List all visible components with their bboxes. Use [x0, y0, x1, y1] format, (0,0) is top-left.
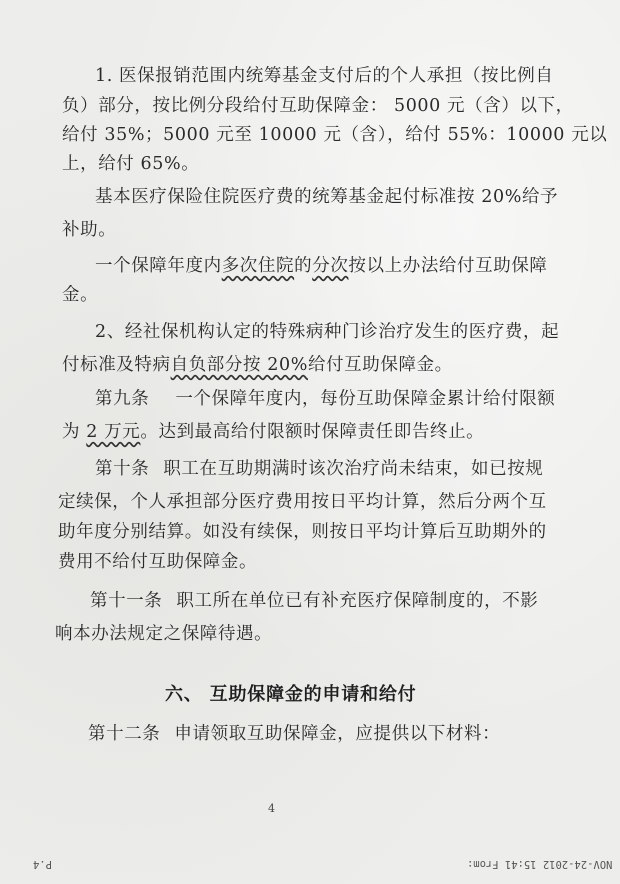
item-1-line-1: 1. 医保报销范围内统筹基金支付后的个人承担（按比例自 [95, 62, 595, 87]
text: 按以上办法给付互助保障 [348, 256, 547, 276]
article-10-line-4: 费用不给付互助保障金。 [58, 548, 558, 573]
multi-hospital-line-2: 金。 [62, 281, 562, 306]
article-label: 第十一条 [90, 591, 162, 611]
underlined-text: 分次 [312, 256, 348, 276]
article-9-line-1: 第九条一个保障年度内，每份互助保障金累计给付限额 [95, 385, 595, 410]
item-1-line-3: 给付 35%；5000 元至 10000 元（含），给付 55%：10000 元… [62, 121, 562, 146]
article-11-line-1: 第十一条职工所在单位已有补充医疗保障制度的，不影 [90, 587, 590, 612]
page-number: 4 [268, 802, 275, 815]
article-10-line-3: 助年度分别结算。如没有续保，则按日平均计算后互助期外的 [58, 518, 558, 543]
multi-hospital-line-1: 一个保障年度内多次住院的分次按以上办法给付互助保障 [95, 252, 595, 277]
article-label: 第十二条 [88, 724, 160, 744]
item-1-line-2: 负）部分，按比例分段给付互助保障金： 5000 元（含）以下， [62, 92, 562, 117]
subsidy-line-1: 基本医疗保险住院医疗费的统筹基金起付标准按 20%给予 [95, 183, 595, 208]
text: 职工在互助期满时该次治疗尚未结束，如已按规 [163, 459, 543, 479]
text: 申请领取互助保障金，应提供以下材料： [174, 724, 500, 744]
underlined-text: 多次住院 [222, 256, 294, 276]
section-heading: 六、 互助保障金的申请和给付 [165, 680, 416, 706]
text: 付标准及特病 [62, 355, 171, 375]
underlined-text: 自负部分按 20% [171, 355, 308, 375]
article-label: 第九条 [95, 389, 149, 409]
text: 职工所在单位已有补充医疗保障制度的，不影 [176, 591, 538, 611]
text: 一个保障年度内，每份互助保障金累计给付限额 [175, 389, 555, 409]
text: 为 [62, 422, 86, 442]
text: 给付互助保障金。 [308, 355, 453, 375]
article-12-line-1: 第十二条申请领取互助保障金，应提供以下材料： [88, 720, 588, 745]
text: 。达到最高给付限额时保障责任即告终止。 [140, 422, 484, 442]
text: 的 [294, 256, 312, 276]
underlined-text: 2 万元 [86, 422, 140, 442]
fax-header-timestamp: NOV-24-2012 15:41 From: [467, 858, 612, 870]
subsidy-line-2: 补助。 [62, 216, 562, 241]
article-11-line-2: 响本办法规定之保障待遇。 [55, 620, 555, 645]
item-2-line-1: 2、经社保机构认定的特殊病种门诊治疗发生的医疗费，起 [95, 318, 595, 343]
article-label: 第十条 [95, 459, 149, 479]
article-10-line-1: 第十条职工在互助期满时该次治疗尚未结束，如已按规 [95, 455, 595, 480]
text: 一个保障年度内 [95, 256, 222, 276]
article-10-line-2: 定续保，个人承担部分医疗费用按日平均计算，然后分两个互 [58, 488, 558, 513]
article-9-line-2: 为 2 万元。达到最高给付限额时保障责任即告终止。 [62, 418, 562, 443]
fax-page-indicator: P.4 [33, 858, 52, 870]
item-1-line-4: 上，给付 65%。 [62, 150, 562, 175]
item-2-line-2: 付标准及特病自负部分按 20%给付互助保障金。 [62, 351, 562, 376]
scanned-page: 1. 医保报销范围内统筹基金支付后的个人承担（按比例自 负）部分，按比例分段给付… [0, 0, 620, 884]
